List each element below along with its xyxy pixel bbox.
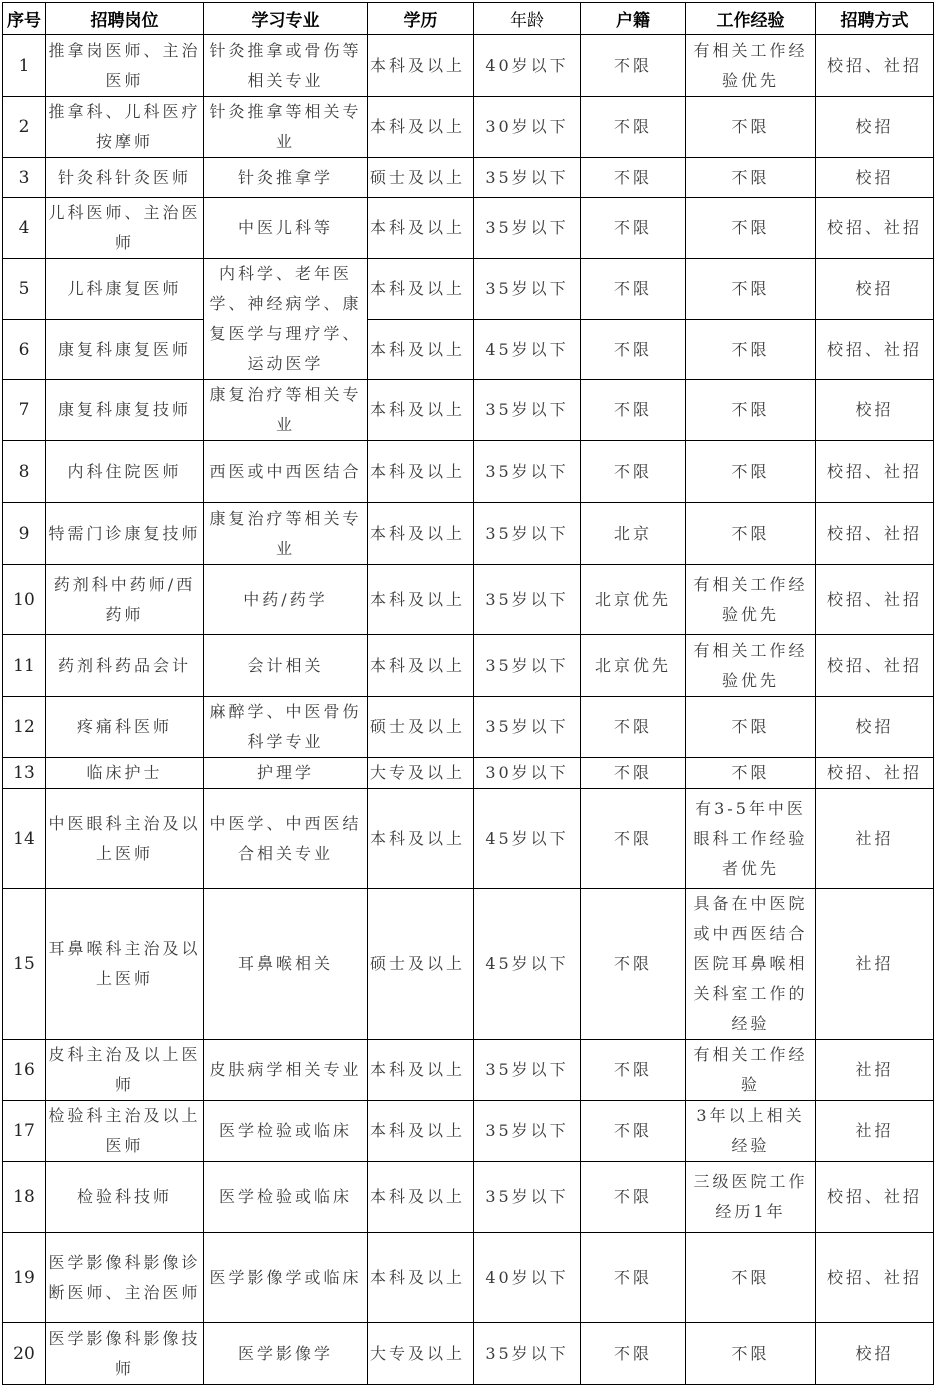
row-experience: 3年以上相关经验 (686, 1101, 816, 1162)
recruitment-table: 序号 招聘岗位 学习专业 学历 年龄 户籍 工作经验 招聘方式 1推拿岗医师、主… (2, 2, 934, 1385)
row-method: 校招 (816, 97, 934, 158)
row-experience: 不限 (686, 441, 816, 503)
row-hukou: 不限 (581, 1101, 686, 1162)
row-major: 皮肤病学相关专业 (204, 1040, 368, 1101)
row-education: 本科及以上 (368, 35, 474, 97)
row-age: 40岁以下 (474, 35, 581, 97)
row-hukou: 不限 (581, 441, 686, 503)
row-no: 15 (3, 889, 46, 1040)
row-major: 西医或中西医结合 (204, 441, 368, 503)
table-row: 19医学影像科影像诊断医师、主治医师医学影像学或临床本科及以上40岁以下不限不限… (3, 1233, 934, 1323)
header-age: 年龄 (474, 3, 581, 35)
row-hukou: 北京优先 (581, 635, 686, 697)
row-position: 医学影像科影像技师 (46, 1323, 204, 1385)
row-major: 医学检验或临床 (204, 1101, 368, 1162)
header-row: 序号 招聘岗位 学习专业 学历 年龄 户籍 工作经验 招聘方式 (3, 3, 934, 35)
header-hukou: 户籍 (581, 3, 686, 35)
header-education: 学历 (368, 3, 474, 35)
row-hukou: 不限 (581, 158, 686, 198)
row-experience: 不限 (686, 158, 816, 198)
row-method: 社招 (816, 789, 934, 889)
table-row: 20医学影像科影像技师医学影像学大专及以上35岁以下不限不限校招 (3, 1323, 934, 1385)
row-method: 校招 (816, 1323, 934, 1385)
row-experience: 不限 (686, 1233, 816, 1323)
table-row: 16皮科主治及以上医师皮肤病学相关专业本科及以上35岁以下不限有相关工作经验社招 (3, 1040, 934, 1101)
row-education: 本科及以上 (368, 1101, 474, 1162)
row-no: 11 (3, 635, 46, 697)
row-no: 6 (3, 320, 46, 380)
table-row: 6康复科康复医师本科及以上45岁以下不限不限校招、社招 (3, 320, 934, 380)
row-major: 麻醉学、中医骨伤科学专业 (204, 697, 368, 758)
row-hukou: 北京优先 (581, 565, 686, 635)
row-age: 35岁以下 (474, 503, 581, 565)
table-row: 3针灸科针灸医师针灸推拿学硕士及以上35岁以下不限不限校招 (3, 158, 934, 198)
row-education: 本科及以上 (368, 441, 474, 503)
table-row: 11药剂科药品会计会计相关本科及以上35岁以下北京优先有相关工作经验优先校招、社… (3, 635, 934, 697)
row-age: 45岁以下 (474, 789, 581, 889)
row-age: 35岁以下 (474, 1162, 581, 1233)
row-education: 本科及以上 (368, 380, 474, 441)
row-age: 35岁以下 (474, 1040, 581, 1101)
row-method: 校招、社招 (816, 441, 934, 503)
row-education: 本科及以上 (368, 1233, 474, 1323)
row-age: 45岁以下 (474, 889, 581, 1040)
row-hukou: 不限 (581, 889, 686, 1040)
row-experience: 不限 (686, 697, 816, 758)
row-method: 社招 (816, 1040, 934, 1101)
table-row: 18检验科技师医学检验或临床本科及以上35岁以下不限三级医院工作经历1年校招、社… (3, 1162, 934, 1233)
table-row: 4儿科医师、主治医师中医儿科等本科及以上35岁以下不限不限校招、社招 (3, 198, 934, 259)
row-hukou: 不限 (581, 198, 686, 259)
row-major: 康复治疗等相关专业 (204, 380, 368, 441)
row-experience: 三级医院工作经历1年 (686, 1162, 816, 1233)
table-row: 8内科住院医师西医或中西医结合本科及以上35岁以下不限不限校招、社招 (3, 441, 934, 503)
row-experience: 不限 (686, 259, 816, 320)
row-experience: 不限 (686, 97, 816, 158)
row-position: 临床护士 (46, 758, 204, 789)
row-major: 中药/药学 (204, 565, 368, 635)
row-major: 中医学、中西医结合相关专业 (204, 789, 368, 889)
table-row: 13临床护士护理学大专及以上30岁以下不限不限校招、社招 (3, 758, 934, 789)
row-age: 40岁以下 (474, 1233, 581, 1323)
table-row: 5儿科康复医师内科学、老年医学、神经病学、康复医学与理疗学、运动医学本科及以上3… (3, 259, 934, 320)
table-row: 7康复科康复技师康复治疗等相关专业本科及以上35岁以下不限不限校招 (3, 380, 934, 441)
table-row: 12疼痛科医师麻醉学、中医骨伤科学专业硕士及以上35岁以下不限不限校招 (3, 697, 934, 758)
row-hukou: 不限 (581, 1162, 686, 1233)
row-no: 2 (3, 97, 46, 158)
row-experience: 不限 (686, 320, 816, 380)
row-major: 会计相关 (204, 635, 368, 697)
row-method: 校招 (816, 259, 934, 320)
row-position: 医学影像科影像诊断医师、主治医师 (46, 1233, 204, 1323)
row-education: 硕士及以上 (368, 697, 474, 758)
row-age: 35岁以下 (474, 198, 581, 259)
row-position: 中医眼科主治及以上医师 (46, 789, 204, 889)
row-no: 10 (3, 565, 46, 635)
row-no: 4 (3, 198, 46, 259)
row-position: 推拿科、儿科医疗按摩师 (46, 97, 204, 158)
row-education: 硕士及以上 (368, 889, 474, 1040)
row-experience: 有相关工作经验 (686, 1040, 816, 1101)
row-hukou: 不限 (581, 320, 686, 380)
row-hukou: 不限 (581, 1323, 686, 1385)
row-method: 社招 (816, 1101, 934, 1162)
row-no: 17 (3, 1101, 46, 1162)
row-method: 校招 (816, 380, 934, 441)
row-age: 35岁以下 (474, 697, 581, 758)
row-no: 13 (3, 758, 46, 789)
table-row: 2推拿科、儿科医疗按摩师针灸推拿等相关专业本科及以上30岁以下不限不限校招 (3, 97, 934, 158)
row-education: 本科及以上 (368, 97, 474, 158)
row-method: 校招、社招 (816, 1162, 934, 1233)
row-experience: 有相关工作经验优先 (686, 35, 816, 97)
row-age: 35岁以下 (474, 1101, 581, 1162)
row-position: 儿科康复医师 (46, 259, 204, 320)
row-experience: 不限 (686, 758, 816, 789)
row-major: 针灸推拿等相关专业 (204, 97, 368, 158)
row-method: 校招、社招 (816, 35, 934, 97)
row-method: 校招、社招 (816, 198, 934, 259)
row-major: 中医儿科等 (204, 198, 368, 259)
table-row: 17检验科主治及以上医师医学检验或临床本科及以上35岁以下不限3年以上相关经验社… (3, 1101, 934, 1162)
row-education: 本科及以上 (368, 259, 474, 320)
header-method: 招聘方式 (816, 3, 934, 35)
row-age: 30岁以下 (474, 758, 581, 789)
row-hukou: 北京 (581, 503, 686, 565)
row-age: 35岁以下 (474, 441, 581, 503)
row-education: 硕士及以上 (368, 158, 474, 198)
row-method: 校招、社招 (816, 320, 934, 380)
row-no: 8 (3, 441, 46, 503)
table-row: 1推拿岗医师、主治医师针灸推拿或骨伤等相关专业本科及以上40岁以下不限有相关工作… (3, 35, 934, 97)
row-position: 特需门诊康复技师 (46, 503, 204, 565)
row-hukou: 不限 (581, 1233, 686, 1323)
row-no: 20 (3, 1323, 46, 1385)
row-position: 药剂科中药师/西药师 (46, 565, 204, 635)
row-experience: 有3-5年中医眼科工作经验者优先 (686, 789, 816, 889)
row-age: 45岁以下 (474, 320, 581, 380)
row-major: 针灸推拿或骨伤等相关专业 (204, 35, 368, 97)
row-position: 检验科主治及以上医师 (46, 1101, 204, 1162)
row-age: 35岁以下 (474, 1323, 581, 1385)
row-position: 康复科康复技师 (46, 380, 204, 441)
row-age: 35岁以下 (474, 158, 581, 198)
row-method: 校招、社招 (816, 1233, 934, 1323)
row-education: 本科及以上 (368, 1040, 474, 1101)
table-row: 10药剂科中药师/西药师中药/药学本科及以上35岁以下北京优先有相关工作经验优先… (3, 565, 934, 635)
header-no: 序号 (3, 3, 46, 35)
row-education: 本科及以上 (368, 503, 474, 565)
row-age: 35岁以下 (474, 565, 581, 635)
row-hukou: 不限 (581, 97, 686, 158)
row-education: 本科及以上 (368, 1162, 474, 1233)
row-major: 护理学 (204, 758, 368, 789)
row-experience: 不限 (686, 503, 816, 565)
row-position: 康复科康复医师 (46, 320, 204, 380)
table-row: 9特需门诊康复技师康复治疗等相关专业本科及以上35岁以下北京不限校招、社招 (3, 503, 934, 565)
row-hukou: 不限 (581, 259, 686, 320)
row-method: 校招 (816, 697, 934, 758)
row-major: 医学影像学或临床 (204, 1233, 368, 1323)
row-age: 30岁以下 (474, 97, 581, 158)
row-major: 针灸推拿学 (204, 158, 368, 198)
row-method: 校招 (816, 158, 934, 198)
header-major: 学习专业 (204, 3, 368, 35)
row-no: 3 (3, 158, 46, 198)
row-experience: 有相关工作经验优先 (686, 565, 816, 635)
row-hukou: 不限 (581, 789, 686, 889)
row-education: 本科及以上 (368, 320, 474, 380)
row-position: 推拿岗医师、主治医师 (46, 35, 204, 97)
header-position: 招聘岗位 (46, 3, 204, 35)
header-experience: 工作经验 (686, 3, 816, 35)
row-method: 校招、社招 (816, 635, 934, 697)
table-row: 14中医眼科主治及以上医师中医学、中西医结合相关专业本科及以上45岁以下不限有3… (3, 789, 934, 889)
row-no: 18 (3, 1162, 46, 1233)
row-method: 社招 (816, 889, 934, 1040)
row-hukou: 不限 (581, 758, 686, 789)
row-no: 7 (3, 380, 46, 441)
row-position: 儿科医师、主治医师 (46, 198, 204, 259)
row-age: 35岁以下 (474, 635, 581, 697)
row-experience: 不限 (686, 380, 816, 441)
row-age: 35岁以下 (474, 259, 581, 320)
row-position: 耳鼻喉科主治及以上医师 (46, 889, 204, 1040)
row-experience: 不限 (686, 1323, 816, 1385)
row-position: 皮科主治及以上医师 (46, 1040, 204, 1101)
row-no: 12 (3, 697, 46, 758)
row-position: 内科住院医师 (46, 441, 204, 503)
row-position: 药剂科药品会计 (46, 635, 204, 697)
row-position: 疼痛科医师 (46, 697, 204, 758)
row-position: 针灸科针灸医师 (46, 158, 204, 198)
row-no: 5 (3, 259, 46, 320)
row-education: 本科及以上 (368, 789, 474, 889)
row-method: 校招、社招 (816, 503, 934, 565)
row-method: 校招、社招 (816, 758, 934, 789)
row-education: 本科及以上 (368, 635, 474, 697)
row-major: 康复治疗等相关专业 (204, 503, 368, 565)
row-hukou: 不限 (581, 697, 686, 758)
row-major: 医学检验或临床 (204, 1162, 368, 1233)
row-education: 大专及以上 (368, 758, 474, 789)
row-no: 16 (3, 1040, 46, 1101)
row-hukou: 不限 (581, 35, 686, 97)
row-hukou: 不限 (581, 1040, 686, 1101)
row-hukou: 不限 (581, 380, 686, 441)
table-row: 15耳鼻喉科主治及以上医师耳鼻喉相关硕士及以上45岁以下不限具备在中医院或中西医… (3, 889, 934, 1040)
row-experience: 不限 (686, 198, 816, 259)
row-age: 35岁以下 (474, 380, 581, 441)
row-no: 19 (3, 1233, 46, 1323)
row-education: 本科及以上 (368, 565, 474, 635)
row-major: 内科学、老年医学、神经病学、康复医学与理疗学、运动医学 (204, 259, 368, 380)
row-education: 本科及以上 (368, 198, 474, 259)
row-no: 1 (3, 35, 46, 97)
row-position: 检验科技师 (46, 1162, 204, 1233)
row-experience: 有相关工作经验优先 (686, 635, 816, 697)
row-major: 耳鼻喉相关 (204, 889, 368, 1040)
row-major: 医学影像学 (204, 1323, 368, 1385)
row-no: 9 (3, 503, 46, 565)
row-method: 校招、社招 (816, 565, 934, 635)
row-education: 大专及以上 (368, 1323, 474, 1385)
row-experience: 具备在中医院或中西医结合医院耳鼻喉相关科室工作的经验 (686, 889, 816, 1040)
row-no: 14 (3, 789, 46, 889)
